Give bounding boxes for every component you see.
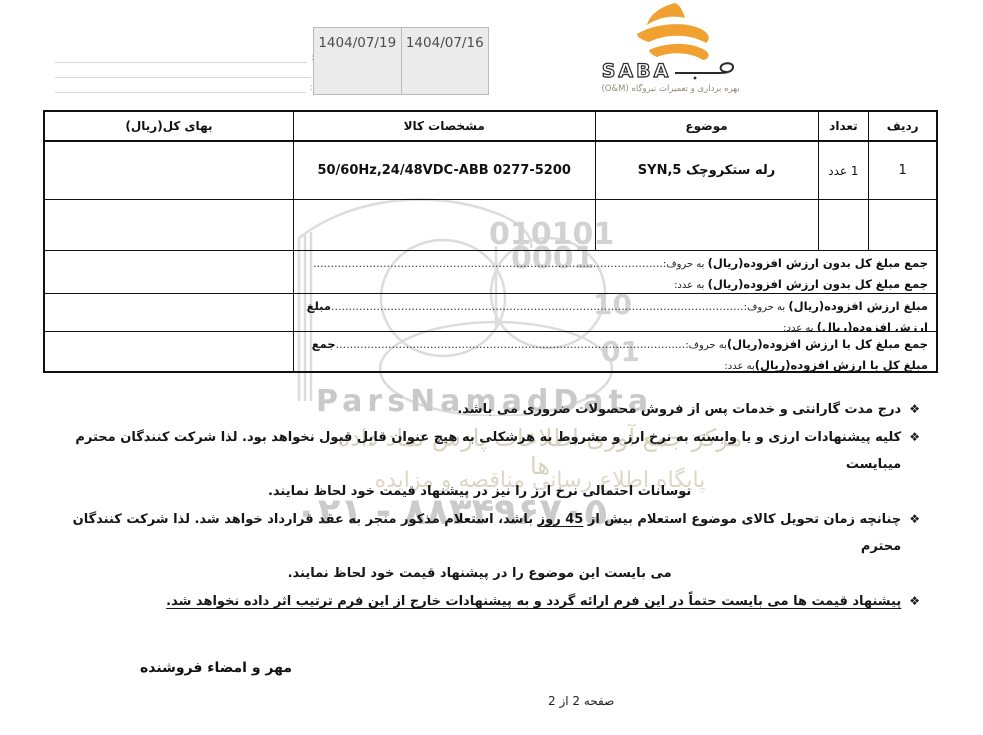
- dotted-leader: ........................................…: [394, 300, 744, 313]
- ref-row-number: شـمـاره :: [55, 48, 347, 63]
- vat-amount-row: مبلغ ارزش افزوده(ریال) به حروف:.........…: [45, 293, 936, 331]
- ref-row-attachment: پـیوسـت :: [55, 78, 347, 93]
- diamond-bullet-icon: ❖: [909, 424, 920, 451]
- dotted-leader: ........................................…: [313, 257, 663, 270]
- saba-logo: SABA بهره برداری و تعمیرات نیروگاه (O&M): [583, 2, 758, 94]
- cell-row-number: 1: [868, 142, 936, 199]
- header-row-number: ردیف: [868, 112, 936, 140]
- cell-quantity: 1 عدد: [818, 142, 869, 199]
- note-line2: می بایست این موضوع را در پیشنهاد قیمت خو…: [58, 560, 901, 587]
- in-figures-label: به عدد:: [674, 280, 708, 291]
- sum-label-bold: جمع مبلغ کل با ارزش افزوده(ریال): [727, 337, 928, 351]
- diamond-bullet-icon: ❖: [909, 588, 920, 615]
- in-figures-label: به عدد:: [783, 323, 817, 332]
- header-subject: موضوع: [595, 112, 818, 140]
- empty-cell: [45, 200, 293, 250]
- sum-without-vat-text: جمع مبلغ کل بدون ارزش افزوده(ریال) به حر…: [293, 251, 936, 293]
- saba-farsi-swoosh-icon: [673, 60, 739, 82]
- dotted-leader: ..................: [331, 300, 394, 313]
- cell-total-price: [45, 142, 293, 199]
- note-text: درج مدت گارانتی و خدمات پس از فروش محصول…: [58, 396, 901, 423]
- date-cell-right: 1404/07/16: [402, 28, 489, 94]
- quotation-table: ردیف تعداد موضوع مشخصات کالا بهای کل(ریا…: [43, 110, 938, 373]
- cell-subject: رله ستکروچک SYN,5: [595, 142, 818, 199]
- empty-cell: [868, 200, 936, 250]
- date-boxes: 1404/07/19 1404/07/16: [313, 27, 489, 95]
- note-text: کلیه پیشنهادات ارزی و یا وابسته به نرخ ا…: [58, 424, 901, 505]
- sum-label-bold: جمع مبلغ کل بدون ارزش افزوده(ریال): [708, 277, 928, 291]
- sum-row-without-vat: جمع مبلغ کل بدون ارزش افزوده(ریال) به حر…: [45, 250, 936, 293]
- sum-label-bold: جمع مبلغ کل بدون ارزش افزوده(ریال): [708, 256, 928, 270]
- note-text: چنانچه زمان تحویل کالای موضوع استعلام بی…: [58, 506, 901, 587]
- table-empty-row: [45, 199, 936, 250]
- table-header-row: ردیف تعداد موضوع مشخصات کالا بهای کل(ریا…: [45, 112, 936, 141]
- ref-attachment-line: [55, 81, 306, 93]
- table-row: 1 1 عدد رله ستکروچک SYN,5 50/60Hz,24/48V…: [45, 141, 936, 199]
- page-number: صفحه 2 از 2: [548, 694, 614, 708]
- dotted-leader: ........................................…: [336, 338, 686, 351]
- reference-fields: شـمـاره : تـاریــخ : پـیوسـت :: [55, 48, 347, 93]
- saba-latin-text: SABA: [602, 61, 672, 81]
- header-quantity: تعداد: [818, 112, 869, 140]
- vat-amount-text: مبلغ ارزش افزوده(ریال) به حروف:.........…: [293, 294, 936, 331]
- note-text-underlined: پیشنهاد قیمت ها می بایست حتماً در این فر…: [58, 588, 901, 615]
- note-line2: نوسانات احتمالی نرخ ارز را نیز در پیشنها…: [58, 478, 901, 505]
- sum-with-vat-price-cell: [45, 332, 293, 371]
- vat-amount-price-cell: [45, 294, 293, 331]
- note-segment: چنانچه زمان تحویل کالای موضوع استعلام بی…: [583, 512, 901, 527]
- seller-seal-signature-label: مهر و امضاء فروشنده: [140, 660, 292, 676]
- ref-number-line: [55, 51, 307, 63]
- header-item-specs: مشخصات کالا: [293, 112, 595, 140]
- ref-row-date: تـاریــخ :: [55, 63, 347, 78]
- empty-cell: [293, 200, 595, 250]
- sum-row-with-vat: جمع مبلغ کل با ارزش افزوده(ریال)به حروف:…: [45, 331, 936, 371]
- saba-subtitle: بهره برداری و تعمیرات نیروگاه (O&M): [583, 84, 758, 94]
- ref-date-line: [55, 66, 311, 78]
- in-figures-label: به عدد:: [724, 361, 754, 372]
- saba-bird-icon: [623, 2, 719, 62]
- underlined-45-days: 45 روز: [538, 512, 584, 527]
- note-form-required: ❖ پیشنهاد قیمت ها می بایست حتماً در این …: [58, 588, 920, 615]
- in-words-label: به حروف:: [744, 302, 789, 313]
- empty-cell: [595, 200, 818, 250]
- header-total-price: بهای کل(ریال): [45, 112, 293, 140]
- note-delivery-time: ❖ چنانچه زمان تحویل کالای موضوع استعلام …: [58, 506, 920, 587]
- note-line1: کلیه پیشنهادات ارزی و یا وابسته به نرخ ا…: [58, 424, 901, 478]
- note-line1: چنانچه زمان تحویل کالای موضوع استعلام بی…: [58, 506, 901, 560]
- sum-label-bold: مبلغ ارزش افزوده(ریال): [788, 299, 928, 313]
- cell-item-specs: 50/60Hz,24/48VDC-ABB 0277-5200: [293, 142, 595, 199]
- date-cell-left: 1404/07/19: [314, 28, 402, 94]
- sum-with-vat-text: جمع مبلغ کل با ارزش افزوده(ریال)به حروف:…: [293, 332, 936, 371]
- terms-notes: ❖ درج مدت گارانتی و خدمات پس از فروش محص…: [58, 396, 920, 616]
- in-words-label: به حروف:: [685, 340, 727, 351]
- sum-without-vat-price-cell: [45, 251, 293, 293]
- note-currency: ❖ کلیه پیشنهادات ارزی و یا وابسته به نرخ…: [58, 424, 920, 505]
- note-warranty: ❖ درج مدت گارانتی و خدمات پس از فروش محص…: [58, 396, 920, 423]
- empty-cell: [818, 200, 869, 250]
- diamond-bullet-icon: ❖: [909, 396, 920, 423]
- in-words-label: به حروف:: [663, 259, 708, 270]
- saba-wordmark: SABA: [583, 60, 758, 82]
- quotation-page: 010101 0001 10 01 ParsNamadData مرکز جمع…: [0, 0, 983, 735]
- diamond-bullet-icon: ❖: [909, 506, 920, 533]
- content-layer: شـمـاره : تـاریــخ : پـیوسـت : 1404/07/1…: [0, 0, 983, 735]
